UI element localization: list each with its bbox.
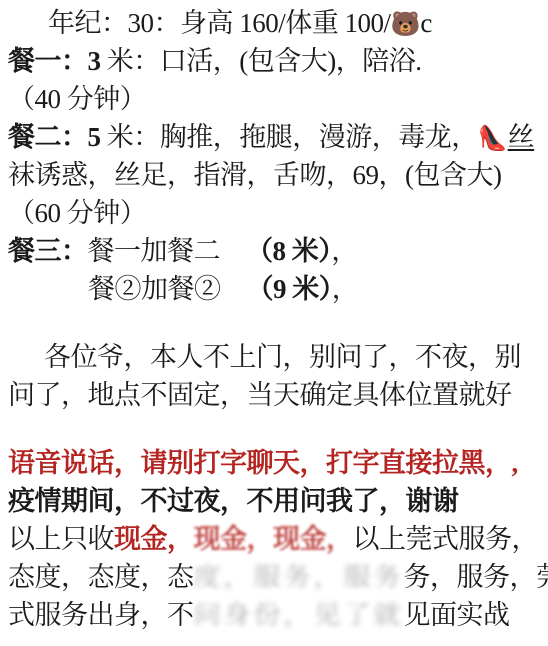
- notice-text-2: 问了，地点不固定，当天确定具体位置就好: [8, 380, 512, 410]
- meal2-duration: （60 分钟）: [8, 198, 146, 228]
- covid-text: 疫情期间，不过夜，不用问我了，谢谢: [8, 486, 459, 516]
- profile-line: 年纪：30：身高 160/体重 100/🐻c: [8, 4, 540, 42]
- rules-block: 语音说话，请别打字聊天，打字直接拉黑，, 疫情期间，不过夜，不用问我了，谢谢 以…: [8, 444, 540, 634]
- meal2-detail-cont: 袜诱惑，丝足，指滑，舌吻，69，(包含大): [8, 160, 501, 190]
- meal3-label: 餐三：: [8, 236, 88, 266]
- meal2-line: 餐二：5 米：胸推，拖腿，漫游，毒龙，👠丝: [8, 118, 540, 156]
- covid-line: 疫情期间，不过夜，不用问我了，谢谢: [8, 482, 540, 520]
- meal1-detail: 米：口活，(包含大)，陪浴.: [101, 46, 422, 76]
- attitude-suffix: 务，服务，莞: [404, 562, 548, 592]
- meal1-duration-line: （40 分钟）: [8, 80, 540, 118]
- attitude-prefix: 态度，态度，态: [8, 562, 194, 592]
- meal2-label: 餐二：5: [8, 122, 101, 152]
- meal2-duration-line: （60 分钟）: [8, 194, 540, 232]
- meal3-combo2-price: （9 米）: [247, 274, 332, 304]
- meal3-combo2-line: 餐②加餐②（9 米），: [8, 270, 540, 308]
- attitude-smudged-text: 度，服务，服务: [194, 559, 404, 595]
- notice-line-2: 问了，地点不固定，当天确定具体位置就好: [8, 376, 540, 414]
- meal3-combo1-price: （8 米）: [246, 236, 331, 266]
- cash-red-smudged: 现金，现金，: [194, 524, 353, 554]
- final-line: 式服务出身，不问身份，见了就见面实战: [8, 596, 540, 634]
- meal3-line: 餐三：餐一加餐二（8 米），: [8, 232, 540, 270]
- meal2-cont-line: 袜诱惑，丝足，指滑，舌吻，69，(包含大): [8, 156, 540, 194]
- cash-prefix: 以上只收: [8, 524, 114, 554]
- cash-suffix: 以上莞式服务，: [353, 524, 539, 554]
- final-smudged-text: 问身份，见了就: [194, 597, 404, 633]
- meal1-line: 餐一：3 米：口活，(包含大)，陪浴.: [8, 42, 540, 80]
- final-prefix: 式服务出身，不: [8, 600, 194, 630]
- attitude-line: 态度，态度，态度，服务，服务务，服务，莞: [8, 558, 540, 596]
- service-menu-block: 年纪：30：身高 160/体重 100/🐻c 餐一：3 米：口活，(包含大)，陪…: [8, 4, 540, 308]
- meal1-label: 餐一：3: [8, 46, 101, 76]
- meal3-combo1: 餐一加餐二: [88, 236, 221, 266]
- notice-paragraph: 各位爷，本人不上门，别问了，不夜，别 问了，地点不固定，当天确定具体位置就好: [8, 338, 540, 414]
- high-heel-icon: 👠: [478, 126, 508, 152]
- meal2-detail: 米：胸推，拖腿，漫游，毒龙，: [101, 122, 478, 152]
- profile-suffix: c: [420, 8, 431, 38]
- meal2-wrap-char: 丝: [508, 122, 535, 152]
- cash-line: 以上只收现金，现金，现金，以上莞式服务，: [8, 520, 540, 558]
- meal3-combo2: 餐②加餐②: [88, 274, 221, 304]
- final-suffix: 见面实战: [404, 600, 510, 630]
- document-page: 年纪：30：身高 160/体重 100/🐻c 餐一：3 米：口活，(包含大)，陪…: [0, 0, 548, 634]
- meal3-combo1-tail: ，: [331, 236, 358, 266]
- meal3-combo2-tail: ，: [332, 274, 359, 304]
- voice-warning-line: 语音说话，请别打字聊天，打字直接拉黑，,: [8, 444, 540, 482]
- meal1-duration: （40 分钟）: [8, 84, 146, 114]
- voice-warning-text: 语音说话，请别打字聊天，打字直接拉黑，,: [8, 448, 518, 478]
- notice-line-1: 各位爷，本人不上门，别问了，不夜，别: [8, 338, 540, 376]
- notice-text-1: 各位爷，本人不上门，别问了，不夜，别: [44, 342, 521, 372]
- cash-red: 现金，: [114, 524, 194, 554]
- profile-text: 年纪：30：身高 160/体重 100/: [48, 8, 391, 38]
- bear-emoji-icon: 🐻: [391, 12, 421, 38]
